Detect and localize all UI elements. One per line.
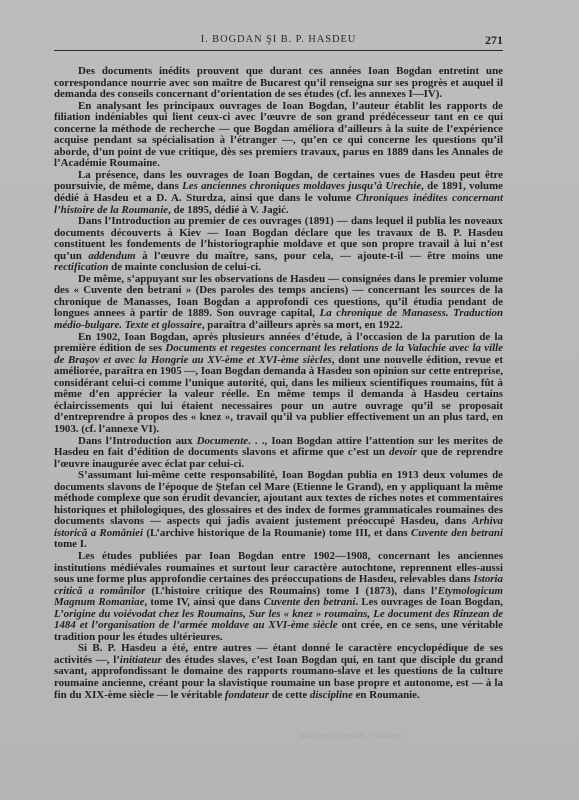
document-page: I. BOGDAN ŞI B. P. HASDEU 271 Des docume… xyxy=(0,0,579,800)
text-run: tome I. xyxy=(54,538,87,550)
italic-title: Cuvente den betrani xyxy=(411,527,503,539)
text-run: , paraîtra d’ailleurs après sa mort, en … xyxy=(202,319,403,331)
italic-title: fondateur xyxy=(225,689,269,701)
paragraph: Dans l’Introduction aux Documente. . ., … xyxy=(54,436,503,471)
text-run: de mainte conclusion de celui-ci. xyxy=(108,261,260,273)
text-run: (L’archive historique de la Roumanie) to… xyxy=(143,527,411,539)
italic-title: Cuvente den betrani xyxy=(264,596,356,608)
body-text: Des documents inédits prouvent que duran… xyxy=(54,66,503,701)
text-run: en Roumanie. xyxy=(353,689,420,701)
text-run: de cette xyxy=(269,689,310,701)
text-run: Des documents inédits prouvent que duran… xyxy=(54,65,503,100)
paragraph: Dans l’Introduction au premier de ces ou… xyxy=(54,216,503,274)
paragraph: Si B. P. Hasdeu a été, entre autres — ét… xyxy=(54,643,503,701)
text-run: En analysant les principaux ouvrages de … xyxy=(54,100,503,170)
paragraph: Les études publiées par Ioan Bogdan entr… xyxy=(54,551,503,643)
italic-title: Documente xyxy=(197,435,248,447)
paragraph: S’assumant lui-même cette responsabilité… xyxy=(54,470,503,551)
italic-title: Les anciennes chroniques moldaves jusqu’… xyxy=(182,180,421,192)
paragraph: Des documents inédits prouvent que duran… xyxy=(54,66,503,101)
italic-title: initiateur xyxy=(120,654,162,666)
paragraph: En analysant les principaux ouvrages de … xyxy=(54,101,503,170)
page-number: 271 xyxy=(485,33,503,48)
page-header: I. BOGDAN ŞI B. P. HASDEU 271 xyxy=(54,34,503,51)
text-run: S’assumant lui-même cette responsabilité… xyxy=(54,469,503,527)
library-stamp: Academia Română · Biblioteca xyxy=(300,733,405,740)
text-run: , tome IV, ainsi que dans xyxy=(144,596,263,608)
italic-title: rectification xyxy=(54,261,108,273)
text-run: Les études publiées par Ioan Bogdan entr… xyxy=(54,550,503,585)
text-run: (L’histoire critique des Roumains) tome … xyxy=(145,585,437,597)
paragraph: En 1902, Ioan Bogdan, après plusieurs an… xyxy=(54,332,503,436)
running-title: I. BOGDAN ŞI B. P. HASDEU xyxy=(54,34,503,45)
italic-title: discipline xyxy=(310,689,353,701)
text-run: , dont une nouvelle édition, revue et am… xyxy=(54,354,503,435)
italic-title: addendum xyxy=(88,250,135,262)
paragraph: De même, s’appuyant sur les observations… xyxy=(54,274,503,332)
text-run: à l’œuvre du maître, sans, pour cela, — … xyxy=(136,250,503,262)
paragraph: La présence, dans les ouvrages de Ioan B… xyxy=(54,170,503,216)
text-run: Dans l’Introduction aux xyxy=(78,435,197,447)
italic-title: devoir xyxy=(389,446,417,458)
text-run: . Les ouvrages de Ioan Bogdan, xyxy=(355,596,503,608)
text-run: , de 1895, dédié à V. Jagić. xyxy=(168,204,289,216)
